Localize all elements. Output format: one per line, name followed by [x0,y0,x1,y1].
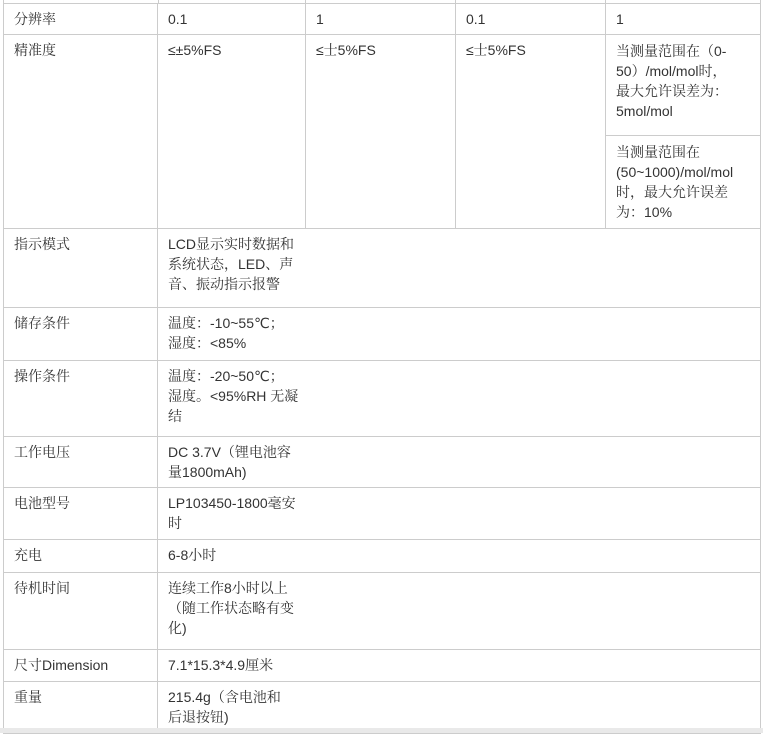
row-value-cell: 连续工作8小时以上（随工作状态略有变化) [158,573,761,650]
table-top-stub [158,0,159,3]
row-value-cell: 0.1 [456,4,606,35]
row-value-cell: ≤士5%FS [456,35,606,229]
table-row-dimension: 尺寸Dimension 7.1*15.3*4.9厘米 [4,650,761,682]
table-row-operating-conditions: 操作条件 温度：-20~50℃；湿度。<95%RH 无凝结 [4,361,761,437]
row-value-cell: LP103450-1800毫安时 [158,488,761,540]
accuracy-range-note-1: 当测量范围在（0-50）/mol/mol时，最大允许误差为：5mol/mol [606,35,760,136]
row-label-cell: 待机时间 [4,573,158,650]
row-value-cell: ≤士5%FS [306,35,456,229]
table-row-resolution: 分辨率 0.1 1 0.1 1 [4,4,761,35]
table-row-storage-conditions: 储存条件 温度：-10~55℃；湿度：<85% [4,308,761,361]
row-label-cell: 储存条件 [4,308,158,361]
row-label-cell: 尺寸Dimension [4,650,158,682]
row-label-cell: 重量 [4,682,158,734]
row-value-cell: 215.4g（含电池和后退按钮) [158,682,761,734]
table-top-stub [455,0,456,3]
accuracy-range-note-2: 当测量范围在(50~1000)/mol/mol时，最大允许误差为：10% [606,136,760,228]
row-value-cell: 0.1 [158,4,306,35]
table-top-stub [305,0,306,3]
table-top-stub [3,0,4,3]
table-top-stub [760,0,761,3]
row-label-cell: 工作电压 [4,437,158,488]
page-bottom-divider [0,728,763,733]
row-label-cell: 精准度 [4,35,158,229]
row-label-cell: 操作条件 [4,361,158,437]
row-value-cell: DC 3.7V（锂电池容量1800mAh) [158,437,761,488]
row-value-cell: 1 [606,4,761,35]
row-label-cell: 电池型号 [4,488,158,540]
table-row-standby-time: 待机时间 连续工作8小时以上（随工作状态略有变化) [4,573,761,650]
row-label-cell: 指示模式 [4,229,158,308]
table-top-stub [605,0,606,3]
table-row-battery-model: 电池型号 LP103450-1800毫安时 [4,488,761,540]
row-value-cell: 温度：-10~55℃；湿度：<85% [158,308,761,361]
row-value-cell: 6-8小时 [158,540,761,573]
table-row-charging: 充电 6-8小时 [4,540,761,573]
row-value-cell-split: 当测量范围在（0-50）/mol/mol时，最大允许误差为：5mol/mol 当… [606,35,761,229]
row-value-cell: 1 [306,4,456,35]
table-row-accuracy: 精准度 ≤±5%FS ≤士5%FS ≤士5%FS 当测量范围在（0-50）/mo… [4,35,761,229]
spec-table: 分辨率 0.1 1 0.1 1 精准度 ≤±5%FS ≤士5%FS ≤士5%FS… [3,3,761,734]
row-value-cell: 7.1*15.3*4.9厘米 [158,650,761,682]
table-row-weight: 重量 215.4g（含电池和后退按钮) [4,682,761,734]
row-label-cell: 分辨率 [4,4,158,35]
row-label-cell: 充电 [4,540,158,573]
row-value-cell: ≤±5%FS [158,35,306,229]
row-value-cell: LCD显示实时数据和系统状态，LED、声音、振动指示报警 [158,229,761,308]
row-value-cell: 温度：-20~50℃；湿度。<95%RH 无凝结 [158,361,761,437]
table-row-working-voltage: 工作电压 DC 3.7V（锂电池容量1800mAh) [4,437,761,488]
table-row-indication-mode: 指示模式 LCD显示实时数据和系统状态，LED、声音、振动指示报警 [4,229,761,308]
